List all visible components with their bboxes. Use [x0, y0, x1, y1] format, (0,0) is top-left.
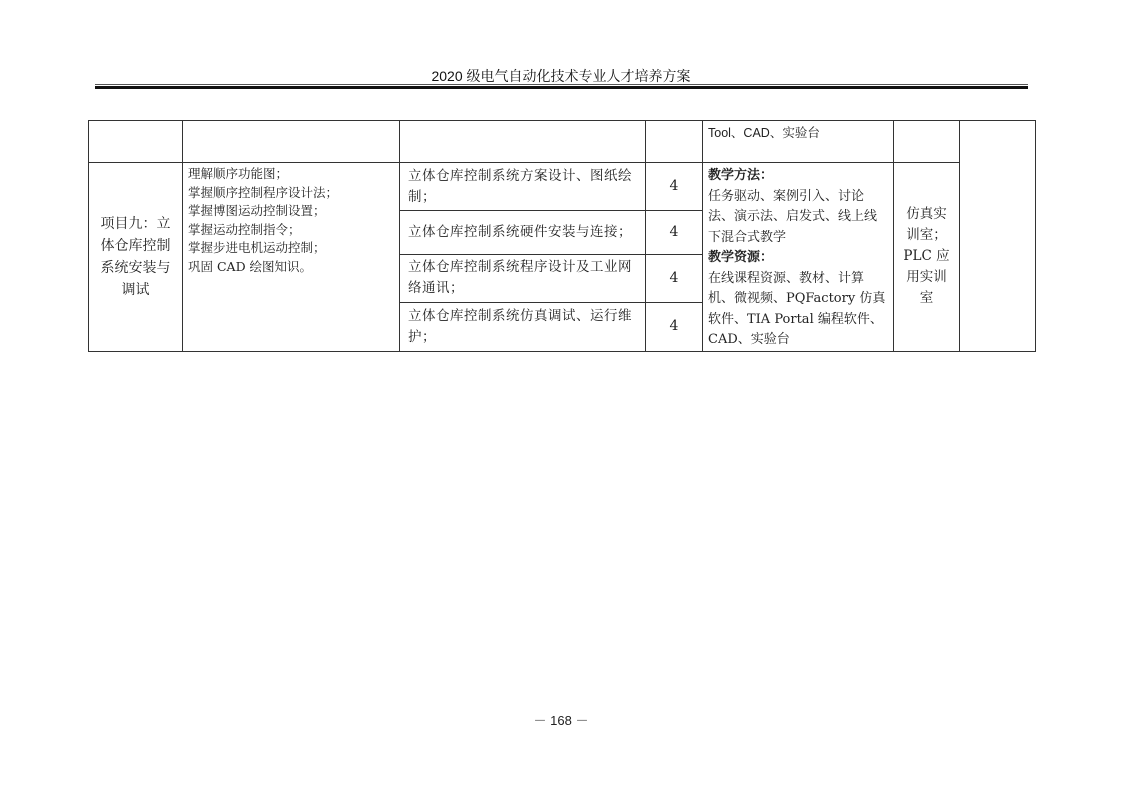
methods-text: 任务驱动、案例引入、讨论法、演示法、启发式、线上线下混合式教学	[708, 187, 888, 249]
cell-teaching-methods-resources: 教学方法： 任务驱动、案例引入、讨论法、演示法、启发式、线上线下混合式教学 教学…	[703, 163, 894, 352]
goal-item: 掌握运动控制指令；	[188, 221, 394, 240]
curriculum-table: Tool、CAD、实验台 项目九：立体仓库控制系统安装与调试 理解顺序功能图； …	[88, 120, 1036, 352]
cell-task-name: 立体仓库控制系统程序设计及工业网络通讯；	[400, 254, 646, 302]
resources-text: 在线课程资源、教材、计算机、微视频、PQFactory 仿真软件、TIA Por…	[708, 269, 888, 351]
goal-item: 掌握步进电机运动控制；	[188, 239, 394, 258]
header-rule-thick	[95, 86, 1028, 89]
resources-label: 教学资源：	[708, 248, 888, 269]
cell-task-hours: 4	[646, 303, 703, 351]
cell-task-name: 立体仓库控制系统方案设计、图纸绘制；	[400, 163, 646, 211]
cell-resources-prev: Tool、CAD、实验台	[703, 121, 894, 163]
cell-venue: 仿真实训室；PLC 应用实训室	[894, 163, 960, 352]
goal-item: 掌握博图运动控制设置；	[188, 202, 394, 221]
cell-remarks	[960, 121, 1036, 352]
cell-learning-goals: 理解顺序功能图； 掌握顺序控制程序设计法； 掌握博图运动控制设置； 掌握运动控制…	[183, 163, 400, 352]
cell-task-hours: 4	[646, 163, 703, 211]
cell-venue-prev	[894, 121, 960, 163]
cell-project-prev	[89, 121, 183, 163]
cell-task-hours: 4	[646, 254, 703, 302]
table-row: 项目九：立体仓库控制系统安装与调试 理解顺序功能图； 掌握顺序控制程序设计法； …	[89, 163, 1036, 211]
cell-hours-prev	[646, 121, 703, 163]
document-header-title: 2020 级电气自动化技术专业人才培养方案	[0, 66, 1122, 86]
goal-item: 掌握顺序控制程序设计法；	[188, 184, 394, 203]
goal-item: 巩固 CAD 绘图知识。	[188, 258, 394, 277]
table-row-continued: Tool、CAD、实验台	[89, 121, 1036, 163]
cell-project-name: 项目九：立体仓库控制系统安装与调试	[89, 163, 183, 352]
cell-task-prev	[400, 121, 646, 163]
cell-task-name: 立体仓库控制系统仿真调试、运行维护；	[400, 303, 646, 351]
page-number: － 168 －	[0, 710, 1122, 729]
goal-item: 理解顺序功能图；	[188, 165, 394, 184]
cell-task-hours: 4	[646, 211, 703, 254]
methods-label: 教学方法：	[708, 166, 888, 187]
header-divider	[95, 84, 1028, 89]
cell-goals-prev	[183, 121, 400, 163]
cell-task-name: 立体仓库控制系统硬件安装与连接；	[400, 211, 646, 254]
